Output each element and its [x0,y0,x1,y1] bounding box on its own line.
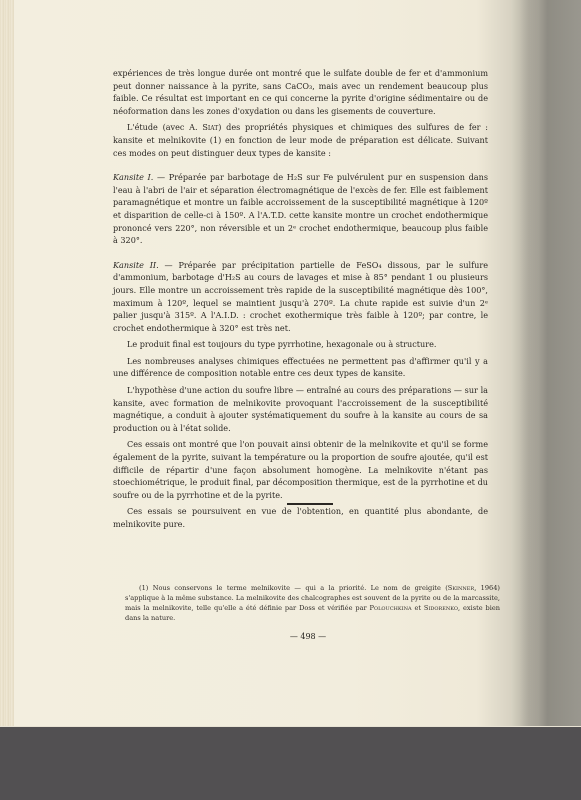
body-text: expériences de très longue durée ont mon… [113,67,488,531]
scanned-page: expériences de très longue durée ont mon… [0,0,581,727]
page-number: — 498 — [278,632,338,641]
paragraph-kansite-1: Kansite I. — Préparée par barbotage de H… [113,171,488,247]
paragraph-study-intro: L'étude (avec A. Siat) des propriétés ph… [113,121,488,159]
paragraph-final-product: Le produit final est toujours du type py… [113,338,488,351]
paragraph-kansite-2: Kansite II. — Préparée par précipitation… [113,259,488,335]
paragraph-hypothesis: L'hypothèse d'une action du soufre libre… [113,384,488,434]
paragraph-analyses: Les nombreuses analyses chimiques effect… [113,355,488,380]
paragraph-ongoing: Ces essais se poursuivent en vue de l'ob… [113,505,488,530]
kansite-1-label: Kansite I. [113,172,153,182]
paragraph-continuation: expériences de très longue durée ont mon… [113,67,488,117]
paragraph-results: Ces essais ont montré que l'on pouvait a… [113,438,488,501]
footnote: (1) Nous conservons le terme melnikovite… [125,583,500,623]
author-name: Siat [202,122,218,132]
page-stack-edge [0,0,14,726]
section-divider [287,503,333,505]
binding-shadow [520,0,581,726]
kansite-2-label: Kansite II. [113,260,159,270]
